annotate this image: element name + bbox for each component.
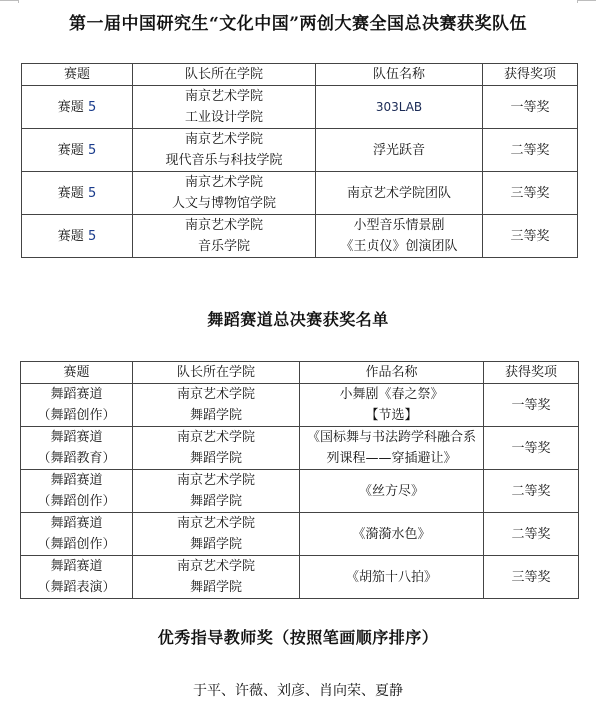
header-work-name: 作品名称 <box>300 362 484 384</box>
college-cell: 南京艺术学院舞蹈学院 <box>133 427 300 470</box>
header-team-name: 队伍名称 <box>316 64 483 86</box>
college-cell: 南京艺术学院舞蹈学院 <box>133 556 300 599</box>
work-line: 《胡笳十八拍》 <box>300 567 483 588</box>
table-row: 赛题 5 南京艺术学院音乐学院 小型音乐情景剧《王贞仪》创演团队 三等奖 <box>22 215 578 258</box>
award-cell: 三等奖 <box>483 172 578 215</box>
work-cell: 《丝方尽》 <box>300 470 484 513</box>
college-line: 南京艺术学院 <box>133 556 299 577</box>
finalist-teams-table: 赛题 队长所在学院 队伍名称 获得奖项 赛题 5 南京艺术学院工业设计学院 30… <box>21 63 578 258</box>
track-label: 舞蹈赛道 <box>21 470 132 491</box>
topic-cell: 赛题 5 <box>22 86 133 129</box>
college-line: 舞蹈学院 <box>133 534 299 555</box>
table-header-row: 赛题 队长所在学院 队伍名称 获得奖项 <box>22 64 578 86</box>
college-line: 现代音乐与科技学院 <box>133 150 315 171</box>
table-row: 舞蹈赛道（舞蹈教育） 南京艺术学院舞蹈学院 《国标舞与书法跨学科融合系列课程——… <box>21 427 579 470</box>
team-line: 南京艺术学院团队 <box>316 183 482 204</box>
teacher-names: 于平、许薇、刘彦、肖向荣、夏静 <box>0 680 596 700</box>
category-label: （舞蹈创作） <box>21 405 132 426</box>
college-line: 南京艺术学院 <box>133 513 299 534</box>
award-cell: 一等奖 <box>484 427 579 470</box>
team-line: 浮光跃音 <box>316 140 482 161</box>
award-cell: 三等奖 <box>483 215 578 258</box>
topic-label: 赛题 <box>58 143 84 158</box>
topic-label: 赛题 <box>58 186 84 201</box>
table-row: 舞蹈赛道（舞蹈创作） 南京艺术学院舞蹈学院 《漪漪水色》 二等奖 <box>21 513 579 556</box>
college-line: 舞蹈学院 <box>133 577 299 598</box>
college-line: 南京艺术学院 <box>133 384 299 405</box>
team-line: 303LAB <box>316 97 482 118</box>
table-row: 赛题 5 南京艺术学院人文与博物馆学院 南京艺术学院团队 三等奖 <box>22 172 578 215</box>
track-label: 舞蹈赛道 <box>21 513 132 534</box>
team-line: 《王贞仪》创演团队 <box>316 236 482 257</box>
award-cell: 三等奖 <box>484 556 579 599</box>
table-row: 舞蹈赛道（舞蹈表演） 南京艺术学院舞蹈学院 《胡笳十八拍》 三等奖 <box>21 556 579 599</box>
header-award: 获得奖项 <box>483 64 578 86</box>
college-cell: 南京艺术学院工业设计学院 <box>133 86 316 129</box>
table-row: 舞蹈赛道（舞蹈创作） 南京艺术学院舞蹈学院 小舞剧《春之祭》【节选】 一等奖 <box>21 384 579 427</box>
college-line: 南京艺术学院 <box>133 172 315 193</box>
college-line: 人文与博物馆学院 <box>133 193 315 214</box>
work-cell: 《漪漪水色》 <box>300 513 484 556</box>
team-cell: 浮光跃音 <box>316 129 483 172</box>
table-row: 舞蹈赛道（舞蹈创作） 南京艺术学院舞蹈学院 《丝方尽》 二等奖 <box>21 470 579 513</box>
college-cell: 南京艺术学院舞蹈学院 <box>133 384 300 427</box>
topic-cell: 赛题 5 <box>22 129 133 172</box>
work-line: 《漪漪水色》 <box>300 524 483 545</box>
team-cell: 小型音乐情景剧《王贞仪》创演团队 <box>316 215 483 258</box>
work-line: 【节选】 <box>300 405 483 426</box>
work-cell: 《胡笳十八拍》 <box>300 556 484 599</box>
college-cell: 南京艺术学院人文与博物馆学院 <box>133 172 316 215</box>
category-label: （舞蹈教育） <box>21 448 132 469</box>
work-cell: 《国标舞与书法跨学科融合系列课程——穿插避让》 <box>300 427 484 470</box>
topic-number: 5 <box>88 143 96 158</box>
track-cell: 舞蹈赛道（舞蹈表演） <box>21 556 133 599</box>
college-line: 舞蹈学院 <box>133 405 299 426</box>
college-line: 舞蹈学院 <box>133 448 299 469</box>
topic-number: 5 <box>88 229 96 244</box>
document-title: 第一届中国研究生“文化中国”两创大赛全国总决赛获奖队伍 <box>0 9 596 34</box>
college-line: 南京艺术学院 <box>133 470 299 491</box>
table-row: 赛题 5 南京艺术学院现代音乐与科技学院 浮光跃音 二等奖 <box>22 129 578 172</box>
college-line: 南京艺术学院 <box>133 86 315 107</box>
topic-cell: 赛题 5 <box>22 172 133 215</box>
header-college: 队长所在学院 <box>133 362 300 384</box>
topic-label: 赛题 <box>58 100 84 115</box>
college-cell: 南京艺术学院音乐学院 <box>133 215 316 258</box>
track-label: 舞蹈赛道 <box>21 427 132 448</box>
section-title-teachers: 优秀指导教师奖（按照笔画顺序排序） <box>0 625 596 648</box>
topic-cell: 赛题 5 <box>22 215 133 258</box>
college-cell: 南京艺术学院现代音乐与科技学院 <box>133 129 316 172</box>
college-line: 南京艺术学院 <box>133 129 315 150</box>
track-cell: 舞蹈赛道（舞蹈创作） <box>21 470 133 513</box>
work-cell: 小舞剧《春之祭》【节选】 <box>300 384 484 427</box>
work-line: 《国标舞与书法跨学科融合系 <box>300 427 483 448</box>
track-label: 舞蹈赛道 <box>21 556 132 577</box>
category-label: （舞蹈创作） <box>21 534 132 555</box>
college-line: 南京艺术学院 <box>133 427 299 448</box>
work-line: 小舞剧《春之祭》 <box>300 384 483 405</box>
college-line: 舞蹈学院 <box>133 491 299 512</box>
college-cell: 南京艺术学院舞蹈学院 <box>133 513 300 556</box>
section-title-dance: 舞蹈赛道总决赛获奖名单 <box>0 307 596 330</box>
page-corner-mark-right <box>577 0 596 3</box>
award-cell: 二等奖 <box>484 513 579 556</box>
dance-track-winners-table: 赛题 队长所在学院 作品名称 获得奖项 舞蹈赛道（舞蹈创作） 南京艺术学院舞蹈学… <box>20 361 579 599</box>
work-line: 列课程——穿插避让》 <box>300 448 483 469</box>
track-label: 舞蹈赛道 <box>21 384 132 405</box>
award-cell: 二等奖 <box>484 470 579 513</box>
college-cell: 南京艺术学院舞蹈学院 <box>133 470 300 513</box>
college-line: 音乐学院 <box>133 236 315 257</box>
track-cell: 舞蹈赛道（舞蹈教育） <box>21 427 133 470</box>
table-header-row: 赛题 队长所在学院 作品名称 获得奖项 <box>21 362 579 384</box>
header-topic: 赛题 <box>21 362 133 384</box>
team-line: 小型音乐情景剧 <box>316 215 482 236</box>
award-cell: 二等奖 <box>483 129 578 172</box>
page-corner-mark-left <box>0 0 19 3</box>
college-line: 南京艺术学院 <box>133 215 315 236</box>
header-topic: 赛题 <box>22 64 133 86</box>
category-label: （舞蹈创作） <box>21 491 132 512</box>
topic-label: 赛题 <box>58 229 84 244</box>
topic-number: 5 <box>88 100 96 115</box>
award-cell: 一等奖 <box>483 86 578 129</box>
track-cell: 舞蹈赛道（舞蹈创作） <box>21 513 133 556</box>
table-row: 赛题 5 南京艺术学院工业设计学院 303LAB 一等奖 <box>22 86 578 129</box>
award-cell: 一等奖 <box>484 384 579 427</box>
category-label: （舞蹈表演） <box>21 577 132 598</box>
topic-number: 5 <box>88 186 96 201</box>
track-cell: 舞蹈赛道（舞蹈创作） <box>21 384 133 427</box>
college-line: 工业设计学院 <box>133 107 315 128</box>
team-cell: 303LAB <box>316 86 483 129</box>
team-cell: 南京艺术学院团队 <box>316 172 483 215</box>
work-line: 《丝方尽》 <box>300 481 483 502</box>
header-college: 队长所在学院 <box>133 64 316 86</box>
header-award: 获得奖项 <box>484 362 579 384</box>
